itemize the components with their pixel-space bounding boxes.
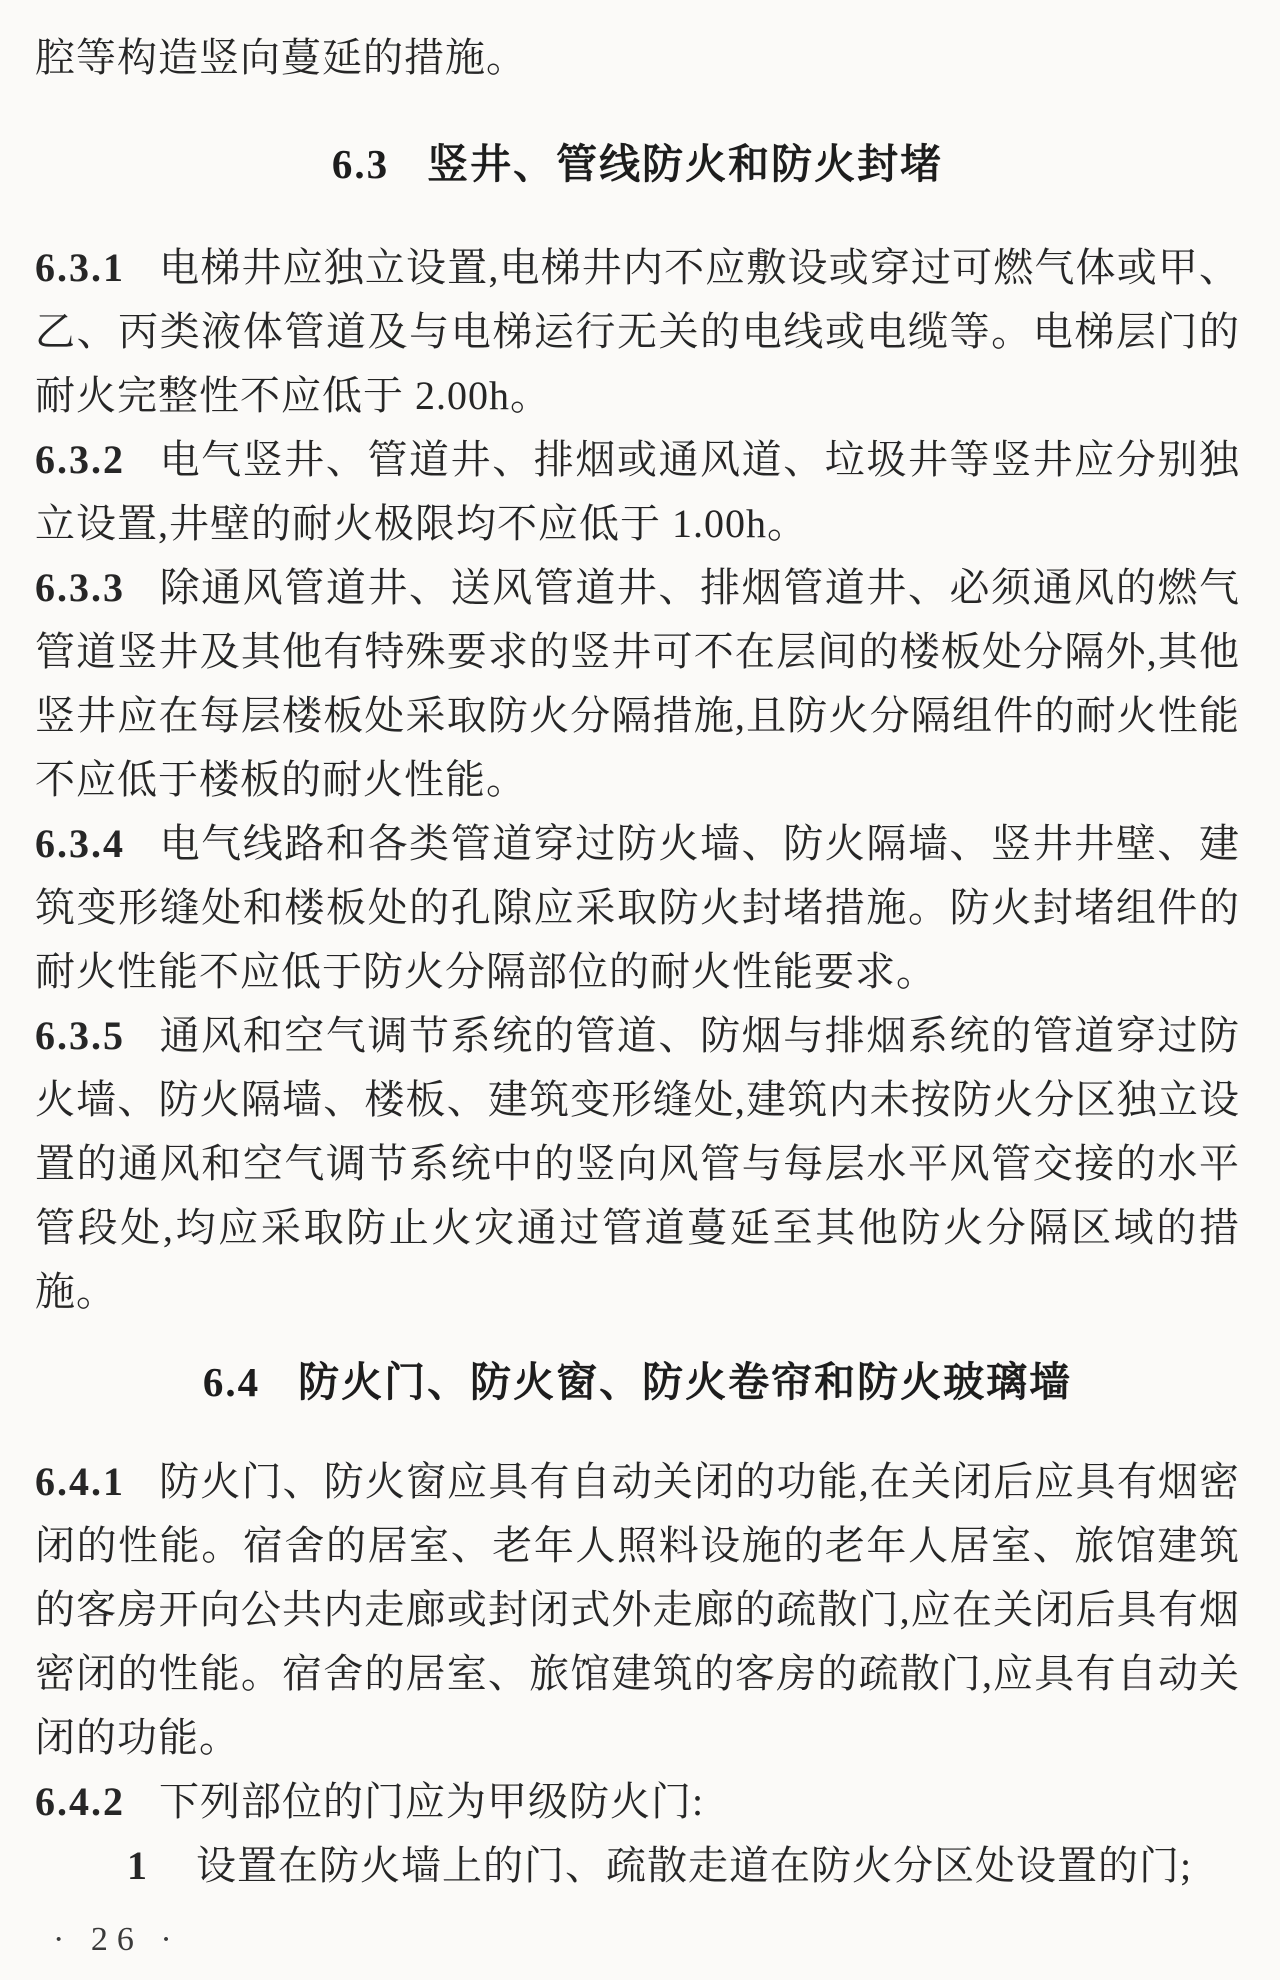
clause-number: 6.3.3 [35,565,125,610]
section-title: 防火门、防火窗、防火卷帘和防火玻璃墙 [298,1359,1072,1405]
document-page: 腔等构造竖向蔓延的措施。 6.3竖井、管线防火和防火封堵 6.3.1电梯井应独立… [0,0,1280,1980]
paragraph-continuation: 腔等构造竖向蔓延的措施。 [35,26,1240,90]
section-heading-6-4: 6.4防火门、防火窗、防火卷帘和防火玻璃墙 [35,1350,1240,1414]
clause-text: 电气竖井、管道井、排烟或通风道、垃圾井等竖井应分别独立设置,井壁的耐火极限均不应… [35,437,1240,546]
clause-number: 6.3.5 [35,1013,125,1058]
list-item-1: 1设置在防火墙上的门、疏散走道在防火分区处设置的门; [35,1834,1240,1898]
clause-6-3-2: 6.3.2电气竖井、管道井、排烟或通风道、垃圾井等竖井应分别独立设置,井壁的耐火… [35,428,1240,556]
clause-text: 通风和空气调节系统的管道、防烟与排烟系统的管道穿过防火墙、防火隔墙、楼板、建筑变… [35,1013,1240,1314]
clause-number: 6.4.1 [35,1459,125,1504]
clause-number: 6.3.1 [35,245,125,290]
page-footer: · 26 · [53,1916,1240,1964]
section-heading-6-3: 6.3竖井、管线防火和防火封堵 [35,132,1240,196]
section-number: 6.3 [332,141,389,187]
section-number: 6.4 [203,1359,260,1405]
clause-text: 电梯井应独立设置,电梯井内不应敷设或穿过可燃气体或甲、乙、丙类液体管道及与电梯运… [35,245,1240,418]
clause-text: 防火门、防火窗应具有自动关闭的功能,在关闭后应具有烟密闭的性能。宿舍的居室、老年… [35,1459,1240,1760]
page-number: · 26 · [53,1921,181,1958]
clause-6-3-1: 6.3.1电梯井应独立设置,电梯井内不应敷设或穿过可燃气体或甲、乙、丙类液体管道… [35,236,1240,428]
clause-6-3-4: 6.3.4电气线路和各类管道穿过防火墙、防火隔墙、竖井井壁、建筑变形缝处和楼板处… [35,812,1240,1004]
clause-number: 6.3.2 [35,437,125,482]
clause-text: 除通风管道井、送风管道井、排烟管道井、必须通风的燃气管道竖井及其他有特殊要求的竖… [35,565,1240,802]
clause-text: 电气线路和各类管道穿过防火墙、防火隔墙、竖井井壁、建筑变形缝处和楼板处的孔隙应采… [35,821,1240,994]
clause-6-4-2: 6.4.2下列部位的门应为甲级防火门: [35,1770,1240,1834]
clause-6-3-3: 6.3.3除通风管道井、送风管道井、排烟管道井、必须通风的燃气管道竖井及其他有特… [35,556,1240,812]
section-title: 竖井、管线防火和防火封堵 [427,141,943,187]
clause-6-3-5: 6.3.5通风和空气调节系统的管道、防烟与排烟系统的管道穿过防火墙、防火隔墙、楼… [35,1004,1240,1324]
item-number: 1 [127,1843,148,1888]
clause-6-4-1: 6.4.1防火门、防火窗应具有自动关闭的功能,在关闭后应具有烟密闭的性能。宿舍的… [35,1450,1240,1770]
item-text: 设置在防火墙上的门、疏散走道在防火分区处设置的门; [196,1843,1192,1888]
clause-number: 6.3.4 [35,821,125,866]
clause-number: 6.4.2 [35,1779,125,1824]
clause-text: 下列部位的门应为甲级防火门: [159,1779,704,1824]
